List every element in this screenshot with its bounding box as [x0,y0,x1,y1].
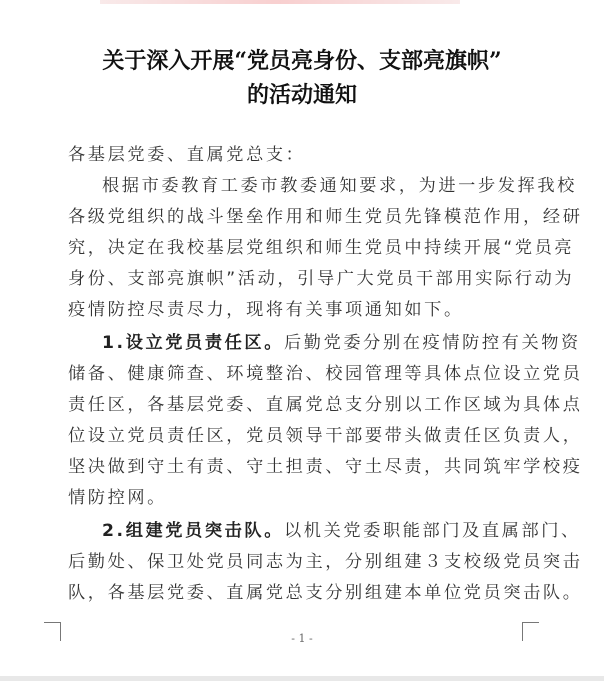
paragraph-line: 各级党组织的战斗堡垒作用和师生党员先锋模范作用，经研 [68,207,538,227]
bottom-edge [0,676,604,681]
paragraph-line: 位设立党员责任区，党员领导干部要带头做责任区负责人， [68,426,538,446]
section-2-first-line: 2.组建党员突击队。以机关党委职能部门及直属部门、 [102,521,572,541]
title-line-2: 的活动通知 [0,78,604,109]
paragraph-line: 队，各基层党委、直属党总支分别组建本单位党员突击队。 [68,583,538,603]
paragraph-line: 储备、健康筛查、环境整治、校园管理等具体点位设立党员 [68,364,538,384]
paragraph-line: 后勤处、保卫处党员同志为主，分别组建３支校级党员突击 [68,552,538,572]
paragraph-line: 究，决定在我校基层党组织和师生党员中持续开展“党员亮 [68,238,538,258]
section-1-first-line: 1.设立党员责任区。后勤党委分别在疫情防控有关物资 [102,333,572,353]
section-1-heading: 1.设立党员责任区。 [102,333,284,353]
red-header-strip [100,0,460,4]
title-line-1: 关于深入开展“党员亮身份、支部亮旗帜” [0,44,604,75]
document-page: 关于深入开展“党员亮身份、支部亮旗帜” 的活动通知 各基层党委、直属党总支： 根… [0,0,604,681]
paragraph-line: 坚决做到守土有责、守土担责、守土尽责，共同筑牢学校疫 [68,457,538,477]
paragraph-line: 情防控网。 [68,488,538,508]
section-1-text: 后勤党委分别在疫情防控有关物资 [284,333,581,353]
page-number: - 1 - [0,632,604,645]
paragraph-line: 疫情防控尽责尽力，现将有关事项通知如下。 [68,300,538,320]
paragraph-line: 责任区，各基层党委、直属党总支分别以工作区域为具体点 [68,395,538,415]
paragraph-line: 身份、支部亮旗帜”活动，引导广大党员干部用实际行动为 [68,269,538,289]
section-2-heading: 2.组建党员突击队。 [102,521,284,541]
paragraph-line: 根据市委教育工委市教委通知要求，为进一步发挥我校 [102,176,572,196]
section-2-text: 以机关党委职能部门及直属部门、 [284,521,581,541]
salutation: 各基层党委、直属党总支： [68,145,538,165]
